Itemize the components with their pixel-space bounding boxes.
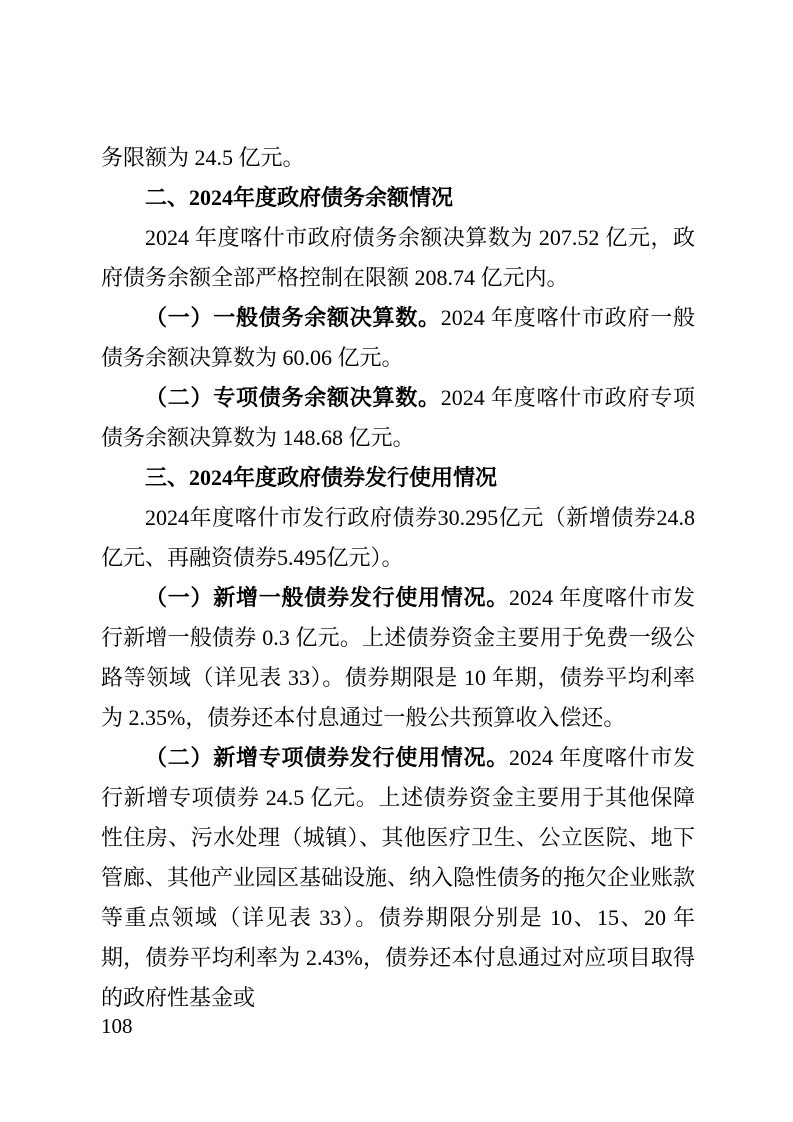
- page-body-text: 务限额为 24.5 亿元。 二、2024年度政府债务余额情况 2024 年度喀什…: [101, 138, 695, 1018]
- paragraph-lead-new-special-bonds: （二）新增专项债券发行使用情况。: [145, 745, 509, 770]
- paragraph-lead-special-debt: （二）专项债务余额决算数。: [145, 385, 441, 410]
- paragraph-text-new-special-bonds: 2024 年度喀什市发行新增专项债券 24.5 亿元。上述债券资金主要用于其他保…: [101, 745, 695, 1010]
- paragraph-new-special-bonds: （二）新增专项债券发行使用情况。2024 年度喀什市发行新增专项债券 24.5 …: [101, 738, 695, 1018]
- paragraph-total-debt-balance: 2024 年度喀什市政府债务余额决算数为 207.52 亿元，政府债务余额全部严…: [101, 218, 695, 298]
- page-number: 108: [101, 1013, 133, 1039]
- paragraph-continuation: 务限额为 24.5 亿元。: [101, 138, 695, 178]
- document-page: 务限额为 24.5 亿元。 二、2024年度政府债务余额情况 2024 年度喀什…: [0, 0, 793, 1122]
- section-heading-debt-balance: 二、2024年度政府债务余额情况: [101, 178, 695, 218]
- paragraph-lead-new-general-bonds: （一）新增一般债券发行使用情况。: [145, 585, 509, 610]
- paragraph-lead-general-debt: （一）一般债务余额决算数。: [145, 305, 441, 330]
- paragraph-general-debt-balance: （一）一般债务余额决算数。2024 年度喀什市政府一般债务余额决算数为 60.0…: [101, 298, 695, 378]
- paragraph-bond-issuance-total: 2024年度喀什市发行政府债券30.295亿元（新增债券24.8亿元、再融资债券…: [101, 498, 695, 578]
- paragraph-special-debt-balance: （二）专项债务余额决算数。2024 年度喀什市政府专项债务余额决算数为 148.…: [101, 378, 695, 458]
- paragraph-new-general-bonds: （一）新增一般债券发行使用情况。2024 年度喀什市发行新增一般债券 0.3 亿…: [101, 578, 695, 738]
- section-heading-bond-issuance: 三、2024年度政府债券发行使用情况: [101, 458, 695, 498]
